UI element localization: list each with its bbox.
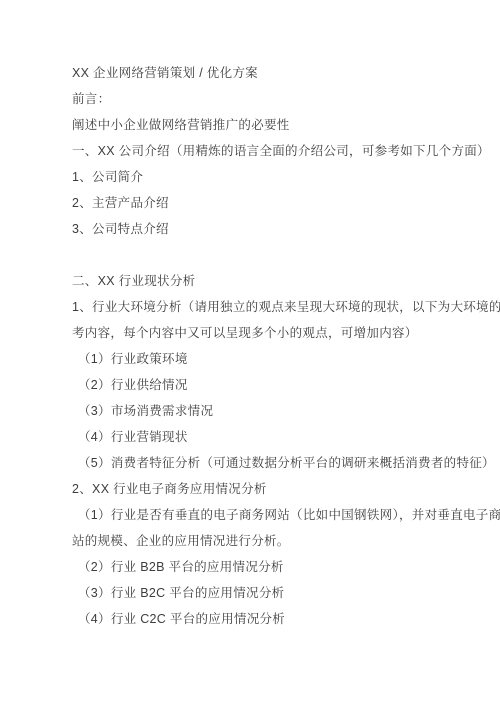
section-2-item-1-sub-4: （4）行业营销现状: [72, 424, 460, 450]
preface-text: 阐述中小企业做网络营销推广的必要性: [72, 112, 460, 138]
section-1-item-1: 1、公司简介: [72, 164, 460, 190]
section-2-item-2-sub-1-line-1: （1）行业是否有垂直的电子商务网站（比如中国钢铁网），并对垂直电子商务网: [72, 502, 460, 528]
section-2-item-1-sub-3: （3）市场消费需求情况: [72, 398, 460, 424]
section-2-item-1-sub-2: （2）行业供给情况: [72, 372, 460, 398]
section-2-item-1-line-2: 考内容，每个内容中又可以呈现多个小的观点，可增加内容）: [72, 320, 460, 346]
section-1-item-2: 2、主营产品介绍: [72, 190, 460, 216]
section-2-item-2-sub-3: （3）行业 B2C 平台的应用情况分析: [72, 580, 460, 606]
section-2-heading: 二、XX 行业现状分析: [72, 268, 460, 294]
section-2-item-1-sub-5: （5）消费者特征分析（可通过数据分析平台的调研来概括消费者的特征）: [72, 450, 460, 476]
section-2-item-2-sub-2: （2）行业 B2B 平台的应用情况分析: [72, 554, 460, 580]
section-2-item-2-sub-1-line-2: 站的规模、企业的应用情况进行分析。: [72, 528, 460, 554]
section-1-heading: 一、XX 公司介绍（用精炼的语言全面的介绍公司，可参考如下几个方面）: [72, 138, 460, 164]
doc-title: XX 企业网络营销策划 / 优化方案: [72, 60, 460, 86]
section-1-item-3: 3、公司特点介绍: [72, 216, 460, 242]
preface-label: 前言：: [72, 86, 460, 112]
section-2-item-1-line-1: 1、行业大环境分析（请用独立的观点来呈现大环境的现状，以下为大环境的参: [72, 294, 460, 320]
section-2-item-2: 2、XX 行业电子商务应用情况分析: [72, 476, 460, 502]
section-2-item-1-sub-1: （1）行业政策环境: [72, 346, 460, 372]
section-2-item-2-sub-4: （4）行业 C2C 平台的应用情况分析: [72, 606, 460, 632]
document-page: XX 企业网络营销策划 / 优化方案 前言： 阐述中小企业做网络营销推广的必要性…: [0, 0, 500, 708]
